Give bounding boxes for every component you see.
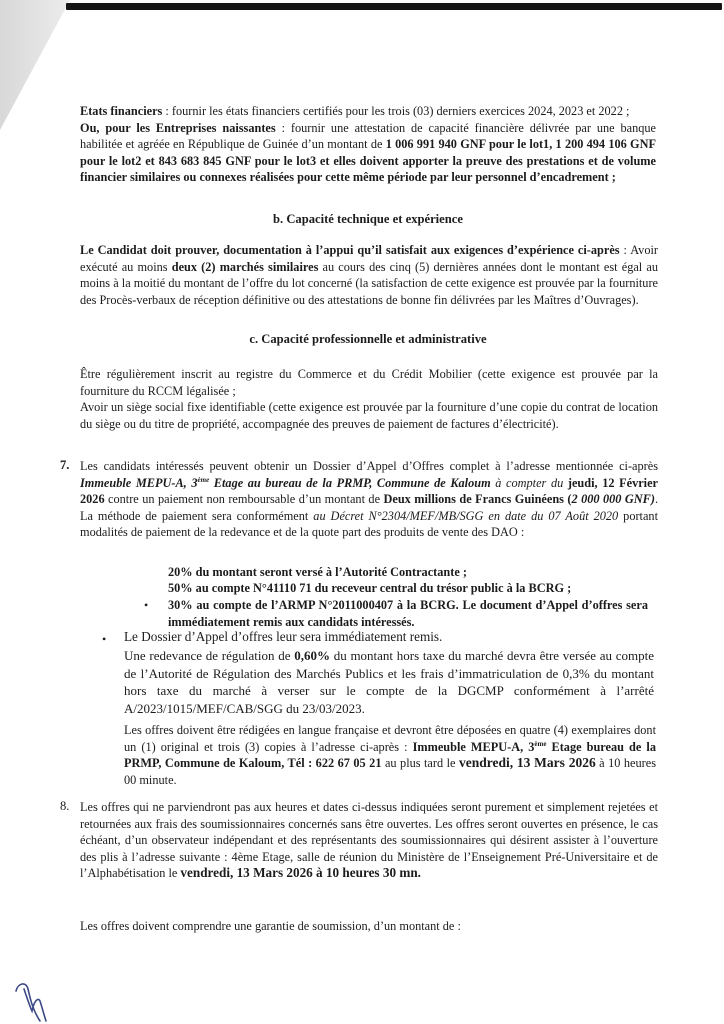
item-7-paragraph: Les candidats intéressés peuvent obtenir… <box>80 458 658 541</box>
split-30-percent: 30% au compte de l’ARMP N°2011000407 à l… <box>168 597 648 630</box>
document-page: Etats financiers : fournir les états fin… <box>0 0 724 1024</box>
item-8-paragraph: Les offres qui ne parviendront pas aux h… <box>80 799 658 882</box>
item-7-number: 7. <box>60 458 69 473</box>
redevance-paragraph: Une redevance de régulation de 0,60% du … <box>124 647 654 717</box>
item-8-number: 8. <box>60 799 69 814</box>
offres-depot-paragraph: Les offres doivent être rédigées en lang… <box>124 722 656 788</box>
rccm-paragraph: Être régulièrement inscrit au registre d… <box>80 366 658 432</box>
section-c-heading: c. Capacité professionnelle et administr… <box>80 332 656 347</box>
section-b-heading: b. Capacité technique et expérience <box>80 212 656 227</box>
dossier-remis-line: Le Dossier d’Appel d’offres leur sera im… <box>124 629 654 646</box>
bullet-icon: • <box>102 632 106 647</box>
etats-financiers-paragraph: Etats financiers : fournir les états fin… <box>80 103 656 186</box>
bullet-icon: • <box>144 598 148 613</box>
handwritten-initial-icon <box>10 975 50 1023</box>
garantie-paragraph: Les offres doivent comprendre une garant… <box>80 918 658 935</box>
split-20-percent: 20% du montant seront versé à l’Autorité… <box>168 564 648 581</box>
section-b-paragraph: Le Candidat doit prouver, documentation … <box>80 242 658 308</box>
split-50-percent: 50% au compte N°41110 71 du receveur cen… <box>168 580 648 597</box>
